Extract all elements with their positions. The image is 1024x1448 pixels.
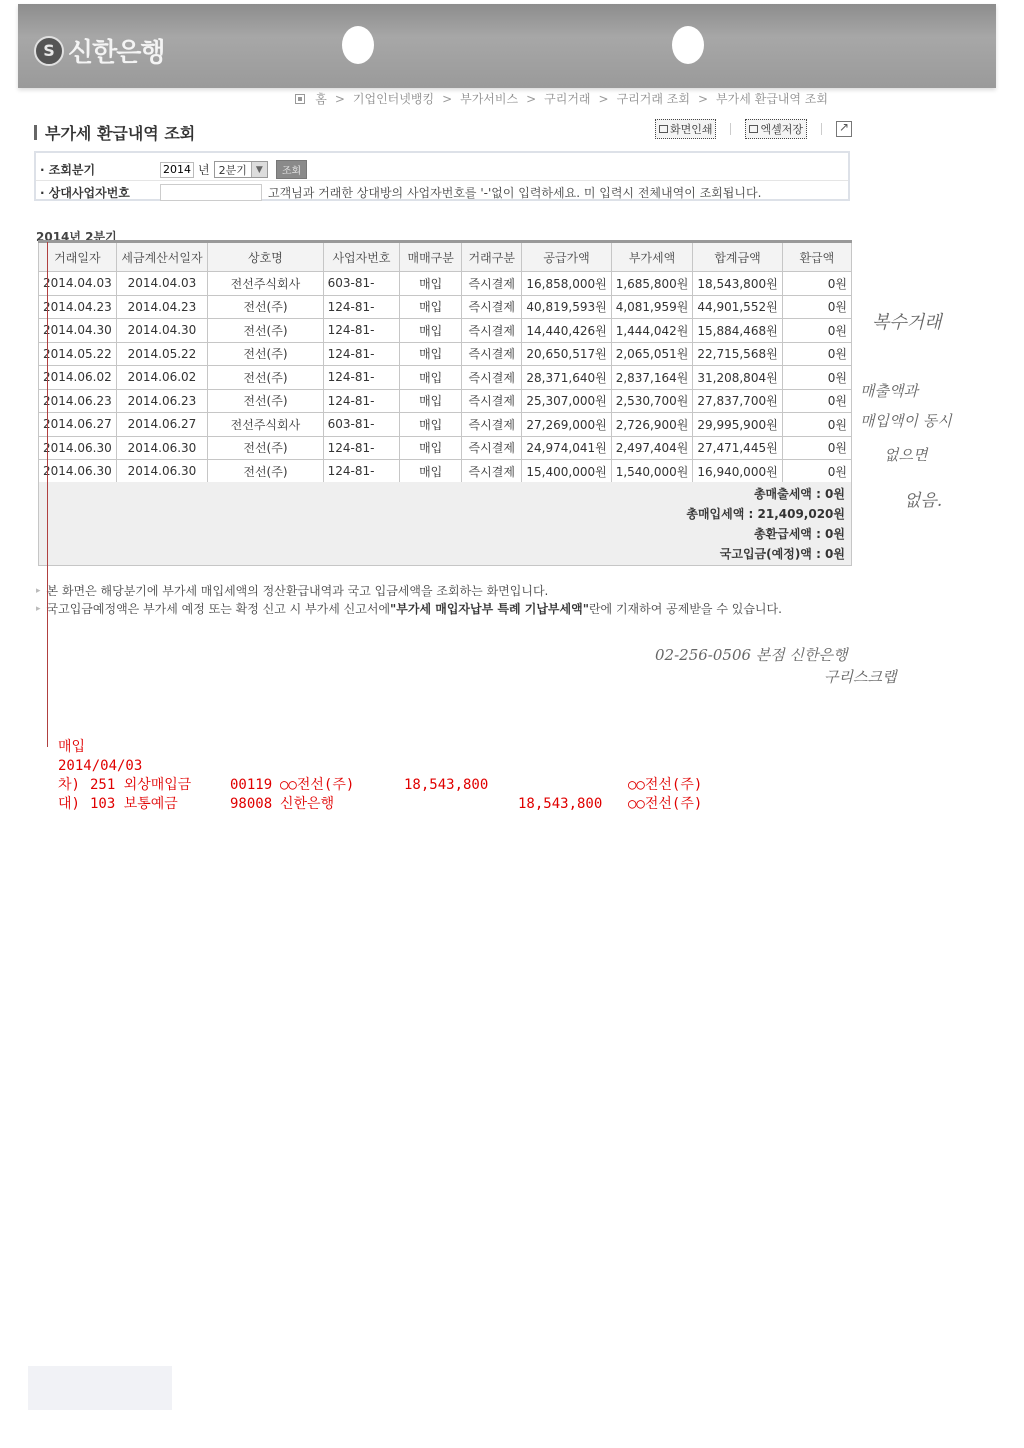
breadcrumb-item[interactable]: 구리거래 xyxy=(544,90,590,107)
search-form: 조회분기 년 2분기 ▼ 조회 상대사업자번호 고객님과 거래한 상대방의 사업… xyxy=(34,151,850,201)
table-cell: 즉시결제 xyxy=(462,295,522,319)
home-icon[interactable] xyxy=(295,94,305,104)
table-cell: 2,497,404원 xyxy=(611,436,693,460)
table-cell: 0원 xyxy=(782,342,851,366)
table-cell: 매입 xyxy=(400,319,462,343)
table-cell: 즉시결제 xyxy=(462,413,522,437)
table-cell: 2014.04.03 xyxy=(39,272,117,296)
table-cell: 매입 xyxy=(400,413,462,437)
table-cell: 124-81- xyxy=(323,389,400,413)
table-cell: 2014.06.23 xyxy=(39,389,117,413)
journal-type: 매입 xyxy=(58,738,142,757)
table-cell: 31,208,804원 xyxy=(693,366,782,390)
treasury-deposit: 국고입금(예정)액 : 0원 xyxy=(39,544,845,564)
table-cell: 603-81- xyxy=(323,413,400,437)
table-cell: 2,726,900원 xyxy=(611,413,693,437)
table-cell: 즉시결제 xyxy=(462,319,522,343)
table-cell: 전선(주) xyxy=(208,366,323,390)
punch-hole xyxy=(342,26,374,64)
page-title: 부가세 환급내역 조회 xyxy=(34,121,195,144)
table-cell: 2014.06.27 xyxy=(39,413,117,437)
table-row: 2014.05.222014.05.22전선(주)124-81-매입즉시결제20… xyxy=(39,342,852,366)
journal-debit-line: 차) 251 외상매입금 00119 ○○전선(주) 18,543,800 ○○… xyxy=(58,776,142,795)
journal-credit-line: 대) 103 보통예금 98008 신한은행 18,543,800 ○○전선(주… xyxy=(58,795,142,814)
note-item: 국고입금예정액은 부가세 예정 또는 확정 신고 시 부가세 신고서에 "부가세… xyxy=(36,600,782,618)
breadcrumb-item[interactable]: 구리거래 조회 xyxy=(617,90,690,107)
table-cell: 2014.06.02 xyxy=(39,366,117,390)
table-cell: 2014.04.30 xyxy=(116,319,208,343)
table-cell: 2014.06.30 xyxy=(116,460,208,484)
table-cell: 16,858,000원 xyxy=(522,272,611,296)
biz-label: 상대사업자번호 xyxy=(36,184,160,201)
excel-icon xyxy=(749,125,758,133)
table-cell: 28,371,640원 xyxy=(522,366,611,390)
table-cell: 매입 xyxy=(400,342,462,366)
table-cell: 매입 xyxy=(400,272,462,296)
column-header: 거래일자 xyxy=(39,242,117,272)
biz-number-input[interactable] xyxy=(160,184,262,201)
table-cell: 2,065,051원 xyxy=(611,342,693,366)
note-text: 국고입금예정액은 부가세 예정 또는 확정 신고 시 부가세 신고서에 xyxy=(47,600,391,618)
journal-date: 2014/04/03 xyxy=(58,757,142,776)
table-cell: 40,819,593원 xyxy=(522,295,611,319)
code: 98008 xyxy=(230,795,272,814)
table-cell: 전선(주) xyxy=(208,389,323,413)
table-cell: 0원 xyxy=(782,366,851,390)
title-marker xyxy=(34,125,37,140)
year-unit: 년 xyxy=(198,161,210,178)
quarter-label: 조회분기 xyxy=(36,161,160,178)
table-cell: 2014.04.30 xyxy=(39,319,117,343)
table-cell: 27,269,000원 xyxy=(522,413,611,437)
bank-banner: S 신한은행 xyxy=(18,4,996,88)
table-cell: 2014.06.23 xyxy=(116,389,208,413)
refund-table: 거래일자세금계산서일자상호명사업자번호매매구분거래구분공급가액부가세액합계금액환… xyxy=(38,240,852,484)
table-row: 2014.06.302014.06.30전선(주)124-81-매입즉시결제24… xyxy=(39,436,852,460)
table-row: 2014.06.022014.06.02전선(주)124-81-매입즉시결제28… xyxy=(39,366,852,390)
column-header: 공급가액 xyxy=(522,242,611,272)
note-text: 란에 기재하여 공제받을 수 있습니다. xyxy=(589,600,782,618)
handwritten-note: 구리스크랩 xyxy=(824,666,896,687)
summary-box: 총매출세액 : 0원 총매입세액 : 21,409,020원 총환급세액 : 0… xyxy=(38,482,852,566)
printer-icon xyxy=(659,125,668,133)
table-cell: 1,444,042원 xyxy=(611,319,693,343)
table-cell: 603-81- xyxy=(323,272,400,296)
partner: 신한은행 xyxy=(280,795,334,814)
note-text: 본 화면은 해당분기에 부가세 매입세액의 정산환급내역과 국고 입금세액을 조… xyxy=(47,582,549,600)
page-title-text: 부가세 환급내역 조회 xyxy=(45,121,195,144)
credit-amount: 18,543,800 xyxy=(518,795,602,814)
biz-row: 상대사업자번호 고객님과 거래한 상대방의 사업자번호를 '-'없이 입력하세요… xyxy=(36,181,848,203)
quarter-value: 2분기 xyxy=(215,162,251,178)
notes: 본 화면은 해당분기에 부가세 매입세액의 정산환급내역과 국고 입금세액을 조… xyxy=(36,582,782,618)
memo: ○○전선(주) xyxy=(628,776,702,795)
quarter-select[interactable]: 2분기 ▼ xyxy=(214,161,268,178)
handwritten-note: 없으면 xyxy=(884,444,927,465)
journal-entry: 매입 2014/04/03 차) 251 외상매입금 00119 ○○전선(주)… xyxy=(58,738,142,814)
table-row: 2014.06.272014.06.27전선주식회사603-81-매입즉시결제2… xyxy=(39,413,852,437)
table-cell: 매입 xyxy=(400,389,462,413)
table-cell: 전선(주) xyxy=(208,460,323,484)
handwritten-note: 복수거래 xyxy=(872,308,942,334)
column-header: 환급액 xyxy=(782,242,851,272)
chevron-down-icon[interactable]: ▼ xyxy=(251,162,267,177)
side: 대) xyxy=(58,795,80,814)
table-cell: 22,715,568원 xyxy=(693,342,782,366)
handwritten-note: 02-256-0506 본점 신한은행 xyxy=(655,644,848,665)
quarter-row: 조회분기 년 2분기 ▼ 조회 xyxy=(36,159,848,181)
table-cell: 전선주식회사 xyxy=(208,413,323,437)
handwritten-note: 매출액과 xyxy=(860,380,918,401)
table-cell: 0원 xyxy=(782,319,851,343)
table-cell: 27,837,700원 xyxy=(693,389,782,413)
table-row: 2014.04.232014.04.23전선(주)124-81-매입즉시결제40… xyxy=(39,295,852,319)
blank-patch xyxy=(28,1366,172,1410)
table-cell: 2014.05.22 xyxy=(116,342,208,366)
table-cell: 1,685,800원 xyxy=(611,272,693,296)
biz-hint: 고객님과 거래한 상대방의 사업자번호를 '-'없이 입력하세요. 미 입력시 … xyxy=(268,184,761,201)
table-cell: 전선주식회사 xyxy=(208,272,323,296)
table-cell: 매입 xyxy=(400,295,462,319)
handwritten-note: 없음. xyxy=(904,486,942,511)
table-cell: 즉시결제 xyxy=(462,460,522,484)
table-cell: 매입 xyxy=(400,460,462,484)
breadcrumb-current: 부가세 환급내역 조회 xyxy=(716,90,828,107)
table-cell: 1,540,000원 xyxy=(611,460,693,484)
expand-icon[interactable] xyxy=(836,121,852,137)
table-cell: 2014.06.30 xyxy=(39,460,117,484)
table-cell: 29,995,900원 xyxy=(693,413,782,437)
table-cell: 14,440,426원 xyxy=(522,319,611,343)
table-cell: 매입 xyxy=(400,366,462,390)
breadcrumb-item[interactable]: 기업인터넷뱅킹 xyxy=(353,90,434,107)
table-cell: 2014.06.02 xyxy=(116,366,208,390)
table-cell: 즉시결제 xyxy=(462,342,522,366)
table-cell: 25,307,000원 xyxy=(522,389,611,413)
bank-name: 신한은행 xyxy=(68,32,164,69)
total-sales-tax: 총매출세액 : 0원 xyxy=(39,484,845,504)
table-cell: 전선(주) xyxy=(208,436,323,460)
table-cell: 0원 xyxy=(782,295,851,319)
column-header: 부가세액 xyxy=(611,242,693,272)
table-cell: 전선(주) xyxy=(208,295,323,319)
excel-label: 엑셀저장 xyxy=(760,121,803,137)
table-cell: 전선(주) xyxy=(208,319,323,343)
table-cell: 124-81- xyxy=(323,342,400,366)
note-item: 본 화면은 해당분기에 부가세 매입세액의 정산환급내역과 국고 입금세액을 조… xyxy=(36,582,782,600)
table-cell: 124-81- xyxy=(323,319,400,343)
side: 차) xyxy=(58,776,80,795)
table-cell: 2014.04.23 xyxy=(39,295,117,319)
table-cell: 즉시결제 xyxy=(462,272,522,296)
punch-hole xyxy=(672,26,704,64)
table-cell: 2,837,164원 xyxy=(611,366,693,390)
table-row: 2014.04.032014.04.03전선주식회사603-81-매입즉시결제1… xyxy=(39,272,852,296)
pen-mark xyxy=(47,242,48,747)
table-cell: 124-81- xyxy=(323,295,400,319)
account: 251 외상매입금 xyxy=(90,776,191,795)
table-cell: 0원 xyxy=(782,413,851,437)
table-cell: 즉시결제 xyxy=(462,366,522,390)
table-row: 2014.04.302014.04.30전선(주)124-81-매입즉시결제14… xyxy=(39,319,852,343)
column-header: 거래구분 xyxy=(462,242,522,272)
table-cell: 18,543,800원 xyxy=(693,272,782,296)
table-cell: 2014.05.22 xyxy=(39,342,117,366)
table-cell: 전선(주) xyxy=(208,342,323,366)
table-cell: 0원 xyxy=(782,460,851,484)
print-label: 화면인쇄 xyxy=(670,121,713,137)
table-cell: 0원 xyxy=(782,389,851,413)
table-row: 2014.06.302014.06.30전선(주)124-81-매입즉시결제15… xyxy=(39,460,852,484)
excel-save-button[interactable]: 엑셀저장 xyxy=(745,119,807,139)
table-cell: 2014.06.27 xyxy=(116,413,208,437)
table-cell: 0원 xyxy=(782,436,851,460)
table-cell: 매입 xyxy=(400,436,462,460)
partner: ○○전선(주) xyxy=(280,776,354,795)
search-button[interactable]: 조회 xyxy=(276,160,307,179)
table-cell: 27,471,445원 xyxy=(693,436,782,460)
debit-amount: 18,543,800 xyxy=(404,776,488,795)
table-cell: 20,650,517원 xyxy=(522,342,611,366)
table-cell: 2014.06.30 xyxy=(116,436,208,460)
year-input[interactable] xyxy=(160,162,194,178)
table-cell: 0원 xyxy=(782,272,851,296)
shinhan-logo-icon: S xyxy=(34,36,64,66)
table-cell: 2014.04.23 xyxy=(116,295,208,319)
column-header: 사업자번호 xyxy=(323,242,400,272)
table-cell: 24,974,041원 xyxy=(522,436,611,460)
memo: ○○전선(주) xyxy=(628,795,702,814)
breadcrumb-item[interactable]: 홈 xyxy=(315,90,327,107)
table-cell: 15,884,468원 xyxy=(693,319,782,343)
account: 103 보통예금 xyxy=(90,795,178,814)
table-row: 2014.06.232014.06.23전선(주)124-81-매입즉시결제25… xyxy=(39,389,852,413)
column-header: 세금계산서일자 xyxy=(116,242,208,272)
print-button[interactable]: 화면인쇄 xyxy=(655,119,717,139)
table-cell: 2014.06.30 xyxy=(39,436,117,460)
column-header: 상호명 xyxy=(208,242,323,272)
table-cell: 15,400,000원 xyxy=(522,460,611,484)
table-cell: 44,901,552원 xyxy=(693,295,782,319)
code: 00119 xyxy=(230,776,272,795)
table-cell: 124-81- xyxy=(323,436,400,460)
table-cell: 124-81- xyxy=(323,366,400,390)
table-cell: 16,940,000원 xyxy=(693,460,782,484)
column-header: 매매구분 xyxy=(400,242,462,272)
table-cell: 4,081,959원 xyxy=(611,295,693,319)
total-refund-tax: 총환급세액 : 0원 xyxy=(39,524,845,544)
total-purchase-tax: 총매입세액 : 21,409,020원 xyxy=(39,504,845,524)
note-emphasis: "부가세 매입자납부 특례 기납부세액" xyxy=(390,600,589,618)
table-cell: 2,530,700원 xyxy=(611,389,693,413)
table-cell: 즉시결제 xyxy=(462,389,522,413)
column-header: 합계금액 xyxy=(693,242,782,272)
table-cell: 2014.04.03 xyxy=(116,272,208,296)
table-cell: 124-81- xyxy=(323,460,400,484)
divider xyxy=(730,123,731,135)
divider xyxy=(821,123,822,135)
page-tools: 화면인쇄 엑셀저장 xyxy=(655,119,852,139)
handwritten-note: 매입액이 동시 xyxy=(860,410,952,431)
breadcrumb-item[interactable]: 부가서비스 xyxy=(460,90,518,107)
breadcrumb: 홈> 기업인터넷뱅킹> 부가서비스> 구리거래> 구리거래 조회> 부가세 환급… xyxy=(295,90,828,107)
bank-logo[interactable]: S 신한은행 xyxy=(34,32,164,69)
table-cell: 즉시결제 xyxy=(462,436,522,460)
